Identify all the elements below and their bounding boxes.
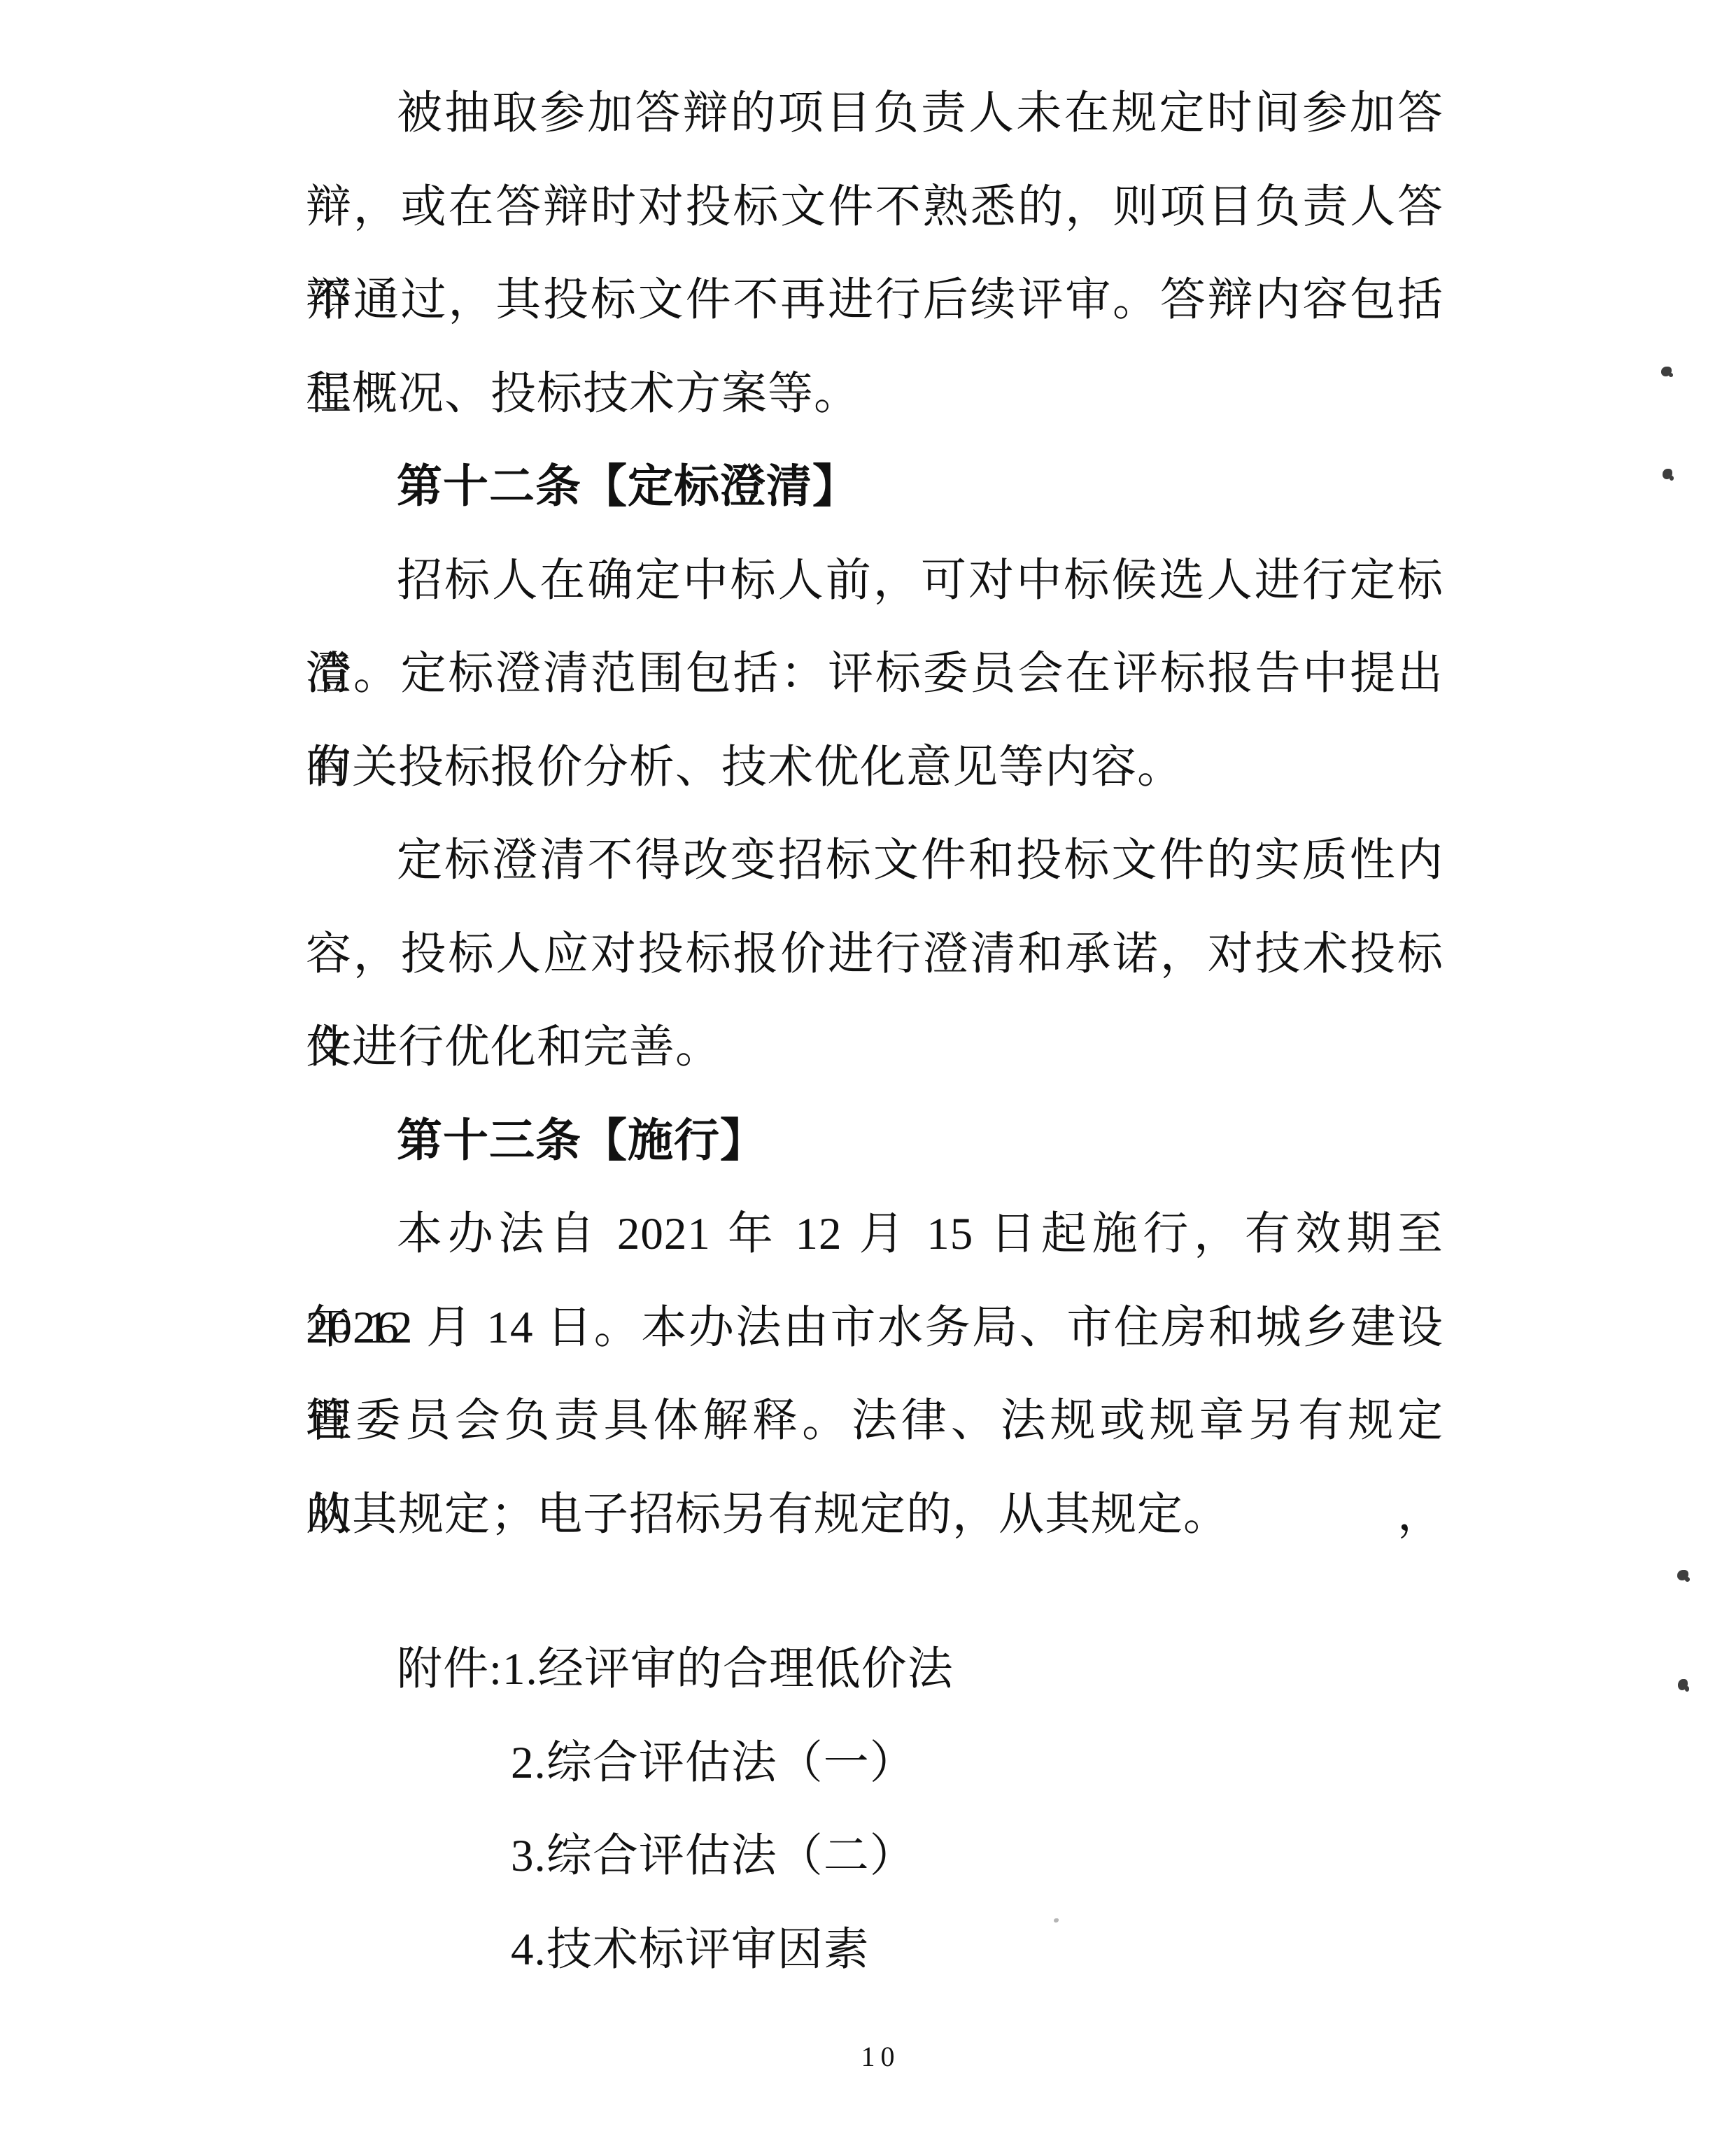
attachment-list-item: 3.综合评估法（二）: [511, 1810, 1444, 1904]
attachment-list-item: 2.综合评估法（一）: [511, 1717, 1444, 1811]
text-line: 定标澄清不得改变招标文件和投标文件的实质性内: [306, 814, 1444, 908]
text-line: 本办法自 2021 年 12 月 15 日起施行，有效期至 2026: [306, 1188, 1444, 1282]
text-line: 招标人在确定中标人前，可对中标候选人进行定标澄: [306, 534, 1444, 628]
document-page: 被抽取参加答辩的项目负责人未在规定时间参加答 辩，或在答辩时对投标文件不熟悉的，…: [0, 0, 1736, 2131]
text-line: 有关投标报价分析、技术优化意见等内容。: [306, 721, 1444, 815]
page-number: 10: [0, 2040, 1736, 2073]
text-line: 不通过，其投标文件不再进行后续评审。答辩内容包括工: [306, 254, 1444, 348]
ink-speck: [1661, 367, 1672, 376]
text-line: 理委员会负责具体解释。法律、法规或规章另有规定的，: [306, 1375, 1444, 1468]
text-line: 容，投标人应对投标报价进行澄清和承诺，对技术投标文: [306, 908, 1444, 1002]
ink-speck: [1678, 1679, 1688, 1690]
text-line: 辩，或在答辩时对投标文件不熟悉的，则项目负责人答辩: [306, 161, 1444, 255]
ink-speck: [1663, 469, 1672, 479]
text-line: 清。定标澄清范围包括：评标委员会在评标报告中提出的: [306, 628, 1444, 721]
ink-speck: [1677, 1570, 1688, 1580]
article-heading: 第十三条【施行】: [306, 1095, 1444, 1189]
text-line: 年 12 月 14 日。本办法由市水务局、市住房和城乡建设管: [306, 1282, 1444, 1375]
text-line: 件进行优化和完善。: [306, 1001, 1444, 1095]
text-line: 被抽取参加答辩的项目负责人未在规定时间参加答: [306, 67, 1444, 161]
attachment-list-item: 4.技术标评审因素: [511, 1904, 1444, 1997]
text-column: 被抽取参加答辩的项目负责人未在规定时间参加答 辩，或在答辩时对投标文件不熟悉的，…: [306, 67, 1444, 1997]
article-heading: 第十二条【定标澄清】: [306, 441, 1444, 534]
attachment-list-item: 附件:1.经评审的合理低价法: [397, 1623, 1444, 1717]
text-line: 程概况、投标技术方案等。: [306, 348, 1444, 441]
